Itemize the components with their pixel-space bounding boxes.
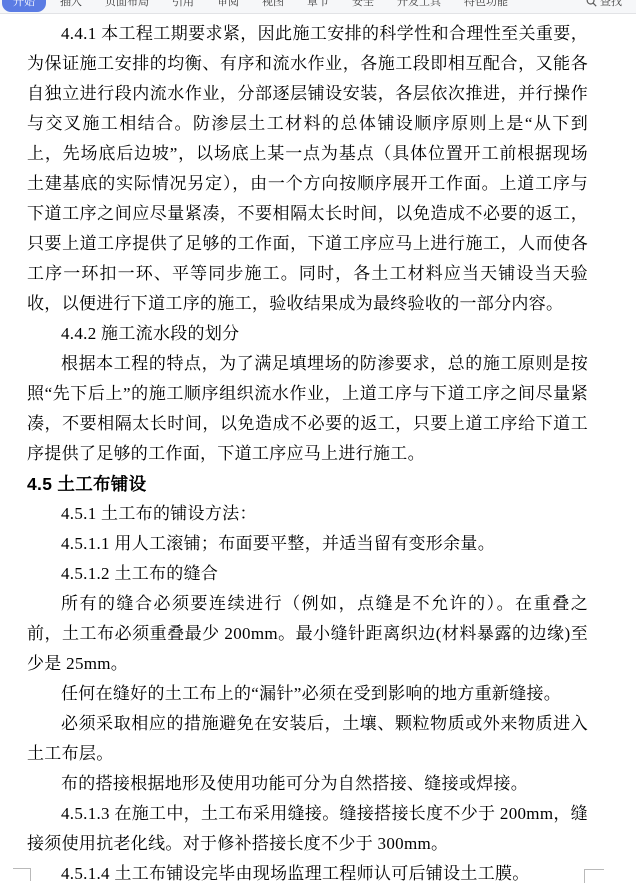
- tab-view[interactable]: 视图: [262, 0, 284, 13]
- ribbon-tab-row: 开始 插入 页面布局 引用 审阅 视图 章节 安全 开发工具 特色功能 查找: [0, 0, 636, 14]
- tab-page-layout[interactable]: 页面布局: [105, 0, 149, 13]
- doc-paragraph-4-5-1[interactable]: 4.5.1 土工布的铺设方法：: [27, 499, 588, 529]
- document-text-area[interactable]: 4.4.1 本工程工期要求紧，因此施工安排的科学性和合理性至关重要，为保证施工安…: [27, 19, 588, 883]
- tab-security[interactable]: 安全: [352, 0, 374, 13]
- find-command-label: 查找: [600, 0, 622, 9]
- tab-home[interactable]: 开始: [2, 0, 46, 12]
- doc-paragraph-4-5-1-2[interactable]: 4.5.1.2 土工布的缝合: [27, 559, 588, 589]
- doc-paragraph-flow[interactable]: 根据本工程的特点，为了满足填埋场的防渗要求，总的施工原则是按照“先下后上”的施工…: [27, 349, 588, 469]
- find-command-button[interactable]: 查找: [586, 0, 622, 9]
- doc-heading-4-5[interactable]: 4.5 土工布铺设: [27, 469, 588, 499]
- doc-paragraph-seam[interactable]: 所有的缝合必须要连续进行（例如，点缝是不允许的）。在重叠之前，土工布必须重叠最少…: [27, 589, 588, 679]
- doc-paragraph-4-5-1-3[interactable]: 4.5.1.3 在施工中，土工布采用缝接。缝接搭接长度不少于 200mm，缝接须…: [27, 799, 588, 859]
- magnifier-icon: [586, 0, 597, 7]
- doc-paragraph-overlap[interactable]: 布的搭接根据地形及使用功能可分为自然搭接、缝接或焊接。: [27, 769, 588, 799]
- doc-paragraph-skipped-stitch[interactable]: 任何在缝好的土工布上的“漏针”必须在受到影响的地方重新缝接。: [27, 679, 588, 709]
- document-canvas[interactable]: 4.4.1 本工程工期要求紧，因此施工安排的科学性和合理性至关重要，为保证施工安…: [0, 14, 636, 883]
- tab-developer[interactable]: 开发工具: [397, 0, 441, 13]
- text-boundary-mark-bottom-left: [13, 868, 31, 881]
- doc-paragraph-4-4-2[interactable]: 4.4.2 施工流水段的划分: [27, 319, 588, 349]
- tab-review[interactable]: 审阅: [217, 0, 239, 13]
- tab-special-features[interactable]: 特色功能: [464, 0, 508, 13]
- doc-paragraph-4-4-1[interactable]: 4.4.1 本工程工期要求紧，因此施工安排的科学性和合理性至关重要，为保证施工安…: [27, 19, 588, 319]
- text-boundary-mark-bottom-right: [584, 869, 604, 883]
- tab-references[interactable]: 引用: [172, 0, 194, 13]
- doc-paragraph-protect[interactable]: 必须采取相应的措施避免在安装后，土壤、颗粒物质或外来物质进入土工布层。: [27, 709, 588, 769]
- tab-insert[interactable]: 插入: [60, 0, 82, 13]
- tab-section[interactable]: 章节: [307, 0, 329, 13]
- ribbon-tab-bar: 开始 插入 页面布局 引用 审阅 视图 章节 安全 开发工具 特色功能 查找: [0, 0, 636, 14]
- doc-paragraph-4-5-1-4[interactable]: 4.5.1.4 土工布铺设完毕由现场监理工程师认可后铺设土工膜。: [27, 859, 588, 883]
- doc-paragraph-4-5-1-1[interactable]: 4.5.1.1 用人工滚铺；布面要平整，并适当留有变形余量。: [27, 529, 588, 559]
